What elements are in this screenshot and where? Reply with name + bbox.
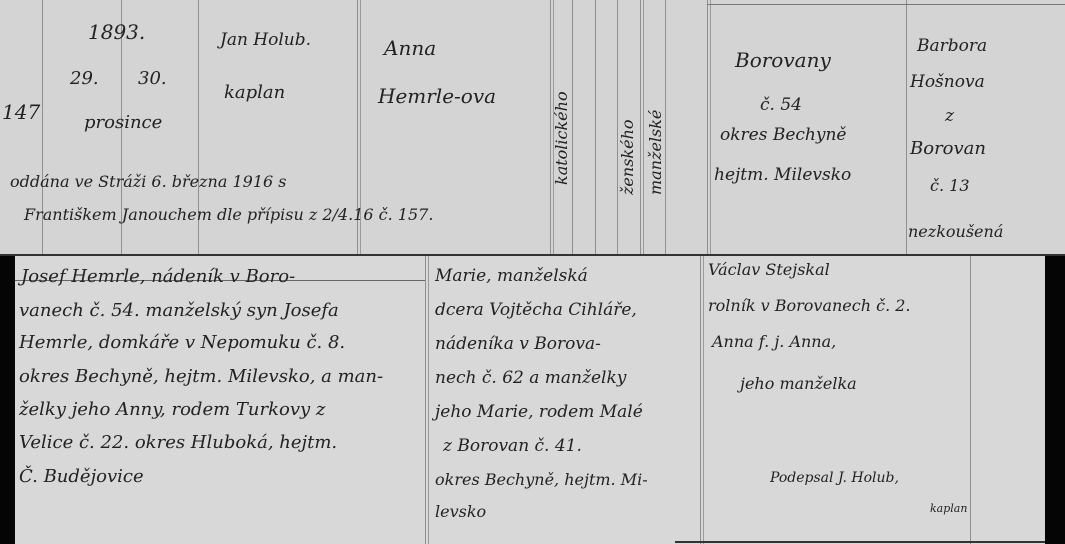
column-rule [970, 256, 971, 544]
mother-line: nádeníka v Borova- [435, 334, 601, 354]
column-rule [550, 0, 551, 254]
sex: ženského [618, 119, 637, 195]
marriage-note-line2: Františkem Janouchem dle přípisu z 2/4.1… [24, 205, 433, 224]
father-line: Velice č. 22. okres Hluboká, hejtm. [19, 432, 337, 453]
register-top-section: 147 1893. 29. 30. prosince Jan Holub. ka… [0, 0, 1065, 254]
mother-line: jeho Marie, rodem Malé [435, 402, 643, 422]
residence-house-no: č. 54 [760, 95, 802, 115]
midwife-village: Borovan [910, 138, 986, 159]
father-line: Hemrle, domkáře v Nepomuku č. 8. [19, 332, 345, 353]
midwife-from: z [945, 106, 954, 126]
legitimacy: manželské [646, 110, 665, 195]
column-rule [425, 256, 426, 544]
father-line: vanech č. 54. manželský syn Josefa [19, 300, 339, 321]
mother-line: Marie, manželská [435, 266, 588, 286]
signature: Podepsal J. Holub, [770, 470, 899, 486]
godparent-line: jeho manželka [740, 374, 857, 393]
birth-day: 29. [70, 68, 99, 89]
header-rule [707, 4, 1065, 5]
father-line: okres Bechyně, hejtm. Milevsko, a man- [19, 366, 383, 387]
scan-margin-left [0, 256, 15, 544]
child-first-name: Anna [384, 36, 436, 60]
godparent-line: Václav Stejskal [708, 260, 830, 279]
godparent-line: Anna f. j. Anna, [712, 332, 836, 351]
child-surname: Hemrle-ova [378, 84, 496, 108]
midwife-name: Barbora [917, 36, 987, 56]
mother-line: okres Bechyně, hejtm. Mi- [435, 470, 648, 489]
midwife-house-no: č. 13 [930, 176, 970, 195]
column-rule [640, 0, 641, 254]
mother-line: nech č. 62 a manželky [435, 368, 626, 388]
father-line: želky jeho Anny, rodem Turkovy z [19, 399, 325, 420]
mother-line: z Borovan č. 41. [443, 436, 582, 456]
midwife-surname: Hošnova [910, 72, 985, 92]
column-rule [707, 0, 708, 254]
officiant-name: Jan Holub. [220, 30, 311, 50]
column-rule [700, 256, 701, 544]
godparent-line: rolník v Borovanech č. 2. [708, 296, 911, 315]
register-bottom-section: Josef Hemrle, nádeník v Boro- vanech č. … [15, 256, 1045, 544]
column-rule [665, 0, 666, 254]
marriage-note-line1: oddána ve Stráži 6. března 1916 s [10, 172, 286, 191]
father-line: Č. Budějovice [19, 466, 144, 487]
mother-line: dcera Vojtěcha Cihláře, [435, 300, 637, 320]
mother-line: levsko [435, 502, 486, 521]
residence-hejtmanstvi: hejtm. Milevsko [714, 165, 851, 185]
religion: katolického [552, 91, 571, 185]
midwife-status: nezkoušená [908, 222, 1003, 241]
column-rule [906, 0, 907, 254]
signature-title: kaplan [930, 502, 967, 515]
month: prosince [84, 112, 162, 133]
officiant-title: kaplan [224, 82, 285, 103]
row-rule [675, 541, 1045, 543]
entry-number: 147 [2, 100, 40, 124]
scan-margin-right [1045, 256, 1065, 544]
column-rule [595, 0, 596, 254]
residence-village: Borovany [735, 48, 831, 72]
column-rule [572, 0, 573, 254]
year: 1893. [88, 20, 145, 44]
baptism-day: 30. [138, 68, 167, 89]
father-line: Josef Hemrle, nádeník v Boro- [21, 266, 295, 287]
residence-district: okres Bechyně [720, 125, 847, 145]
